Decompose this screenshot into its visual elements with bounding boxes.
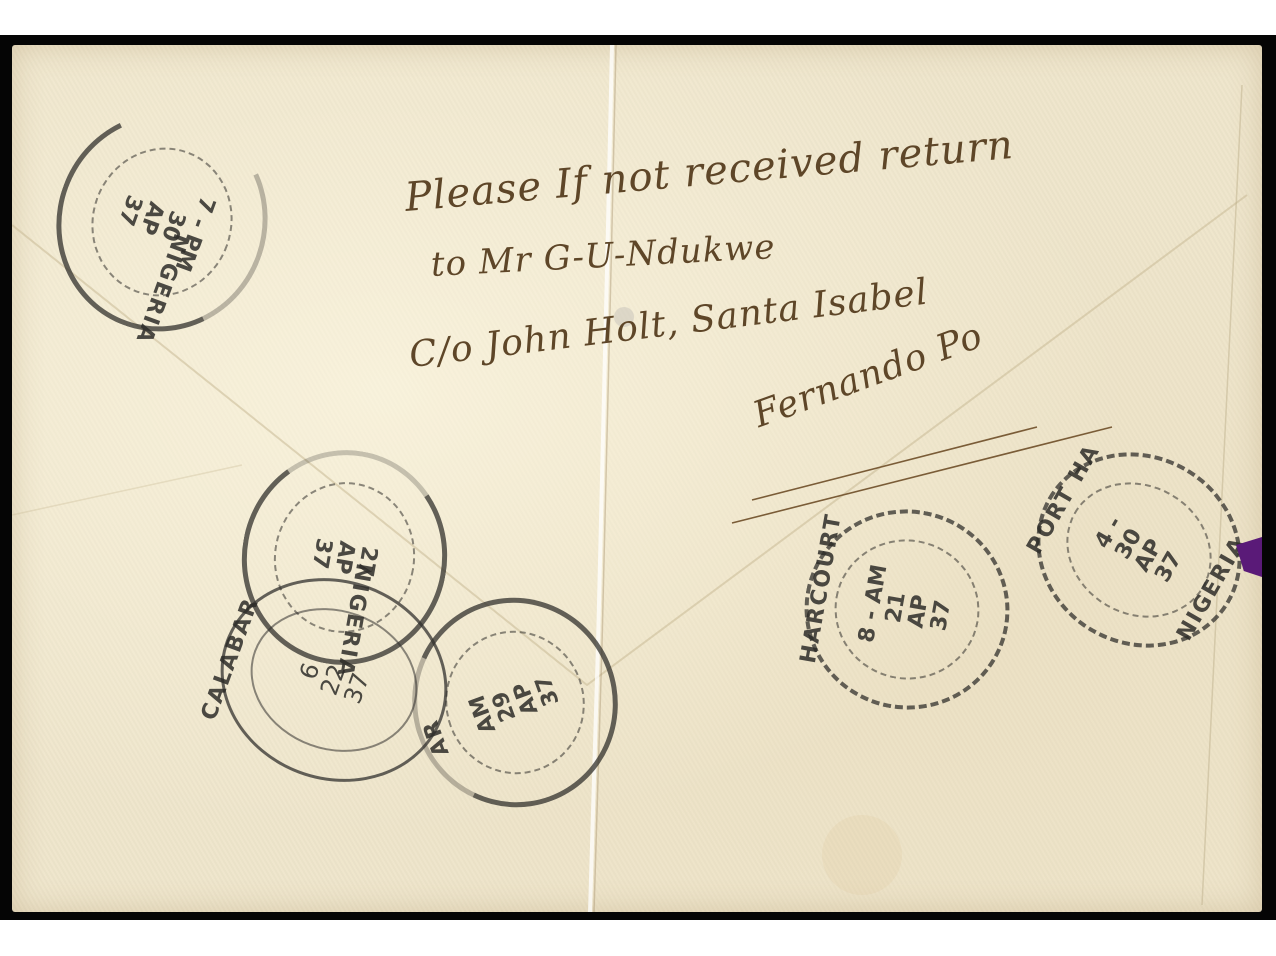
envelope-back: Please If not received return to Mr G-U-… <box>12 45 1262 912</box>
